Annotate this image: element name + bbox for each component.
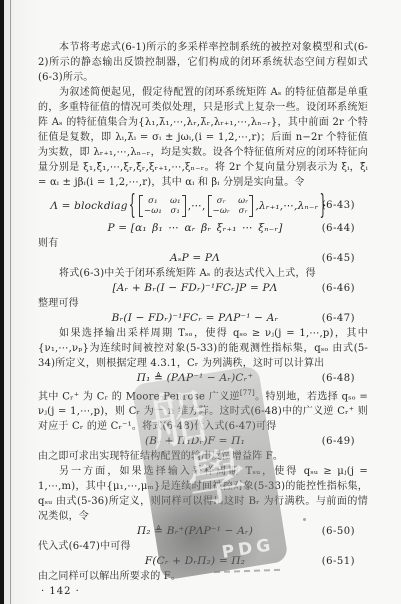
paragraph-intro: 本节将考虑式(6-1)所示的多采样率控制系统的被控对象模型和式(6-2)所示的静… — [38, 40, 368, 85]
formula: (Bᵣ + Π₁Dᵣ)F = Π₁ — [145, 435, 245, 447]
equation-6-49: (Bᵣ + Π₁Dᵣ)F = Π₁ (6-49) — [38, 435, 368, 448]
equation-6-46: [Aᵣ + Bᵣ(I − FDᵣ)⁻¹FCᵣ]P = PΛ (6-46) — [38, 282, 368, 295]
equation-6-48: Π₁ ≜ (PΛP⁻¹ − Aᵣ)Cᵣ⁺ (6-48) — [38, 372, 368, 385]
equation-number: (6-50) — [322, 525, 355, 538]
equation-number: (6-48) — [322, 372, 355, 385]
matrix-cell: ωᵣ — [238, 196, 248, 206]
paragraph-input-period: 另一方面，如果选择输入采样周期 Tₛᵤ，使得 qₛᵤ ≥ μⱼ(j = 1,⋯,… — [38, 464, 368, 524]
matrix-cell: σ₁ — [144, 196, 162, 206]
equation-number: (6-47) — [322, 312, 355, 325]
formula: Π₂ ≜ Bᵣ⁺(PΛP⁻¹ − Aᵣ) — [137, 525, 253, 537]
paragraph-output-period: 如果选择输出采样周期 Tₛₒ，使得 qₛₒ ≥ νⱼ(j = 1,⋯,p)，其中… — [38, 326, 368, 371]
matrix-cell: σᵣ — [238, 206, 248, 216]
book-page: 本节将考虑式(6-1)所示的多采样率控制系统的被控对象模型和式(6-2)所示的静… — [0, 0, 401, 604]
paragraph-substitute-47: 代入式(6-47)中可得 — [38, 539, 368, 554]
page-number: · 142 · — [38, 584, 368, 599]
equation-number: (6-49) — [322, 435, 355, 448]
scan-spine-edge — [0, 0, 4, 604]
matrix-cell: −ωᵣ — [213, 206, 231, 216]
equation-number: (6-51) — [322, 555, 355, 568]
matrix-cell: σ₁ — [170, 206, 181, 216]
formula: P = [α₁ β₁ ⋯ αᵣ βᵣ ξᵣ₊₁ ⋯ ξₙ₋ᵣ] — [107, 222, 282, 234]
equation-number: (6-46) — [322, 282, 355, 295]
matrix-cell: −ω₁ — [144, 206, 162, 216]
matrix-cell: σᵣ — [213, 196, 231, 206]
paragraph-solve-f: 由之同样可以解出所要求的 F。 — [38, 569, 368, 584]
equation-number: (6-43) — [322, 191, 355, 221]
moore-penrose-text: 其中 Cᵣ⁺ 为 Cᵣ 的 Moore-Penrose 广义逆 — [38, 391, 240, 402]
matrix-cell: ω₁ — [170, 196, 181, 206]
formula: Π₁ ≜ (PΛP⁻¹ − Aᵣ)Cᵣ⁺ — [137, 372, 253, 384]
citation-77: [77] — [240, 389, 255, 397]
equation-6-43: Λ = blockdiag{σ₁ω₁−ω₁σ₁,⋯,σᵣωᵣ−ωᵣσᵣ,λᵣ₊₁… — [38, 191, 368, 221]
formula-tail: ,λᵣ₊₁,⋯,λₙ₋ᵣ — [255, 191, 318, 221]
formula-separator: ,⋯, — [188, 191, 206, 221]
formula-lhs: Λ = blockdiag — [50, 191, 127, 221]
equation-6-44: P = [α₁ β₁ ⋯ αᵣ βᵣ ξᵣ₊₁ ⋯ ξₙ₋ᵣ] (6-44) — [38, 222, 368, 235]
paragraph-rearrange: 整理可得 — [38, 296, 368, 311]
equation-6-50: Π₂ ≜ Bᵣ⁺(PΛP⁻¹ − Aᵣ) (6-50) — [38, 525, 368, 538]
scan-gutter-line — [10, 0, 11, 604]
equation-number: (6-44) — [322, 222, 355, 235]
paragraph-substitute: 将式(6-3)中关于闭环系统矩阵 Aₛ 的表达式代入上式，得 — [38, 266, 368, 281]
paragraph-gain-note: 由之即可求出实现特征结构配置的输出反馈增益阵 F。 — [38, 449, 368, 464]
equation-6-45: AₛP = PΛ (6-45) — [38, 252, 368, 265]
page-content: 本节将考虑式(6-1)所示的多采样率控制系统的被控对象模型和式(6-2)所示的静… — [38, 40, 368, 599]
matrix-1: σ₁ω₁−ω₁σ₁ — [139, 195, 186, 217]
paragraph-moore-penrose: 其中 Cᵣ⁺ 为 Cᵣ 的 Moore-Penrose 广义逆[77]。特别地，… — [38, 386, 368, 434]
equation-6-51: F(Cᵣ + DᵣΠ₂) = Π₂ (6-51) — [38, 555, 368, 568]
formula: F(Cᵣ + DᵣΠ₂) = Π₂ — [145, 555, 245, 567]
formula: [Aᵣ + Bᵣ(I − FDᵣ)⁻¹FCᵣ]P = PΛ — [112, 282, 277, 294]
formula: AₛP = PΛ — [170, 252, 220, 264]
matrix-2: σᵣωᵣ−ωᵣσᵣ — [208, 195, 254, 217]
equation-6-47: Bᵣ(I − FDᵣ)⁻¹FCᵣ = PΛP⁻¹ − Aᵣ (6-47) — [38, 312, 368, 325]
formula: Λ = blockdiag{σ₁ω₁−ω₁σ₁,⋯,σᵣωᵣ−ωᵣσᵣ,λᵣ₊₁… — [50, 191, 327, 221]
equation-number: (6-45) — [322, 252, 355, 265]
scan-speck — [303, 518, 306, 521]
formula: Bᵣ(I − FDᵣ)⁻¹FCᵣ = PΛP⁻¹ − Aᵣ — [112, 312, 279, 324]
